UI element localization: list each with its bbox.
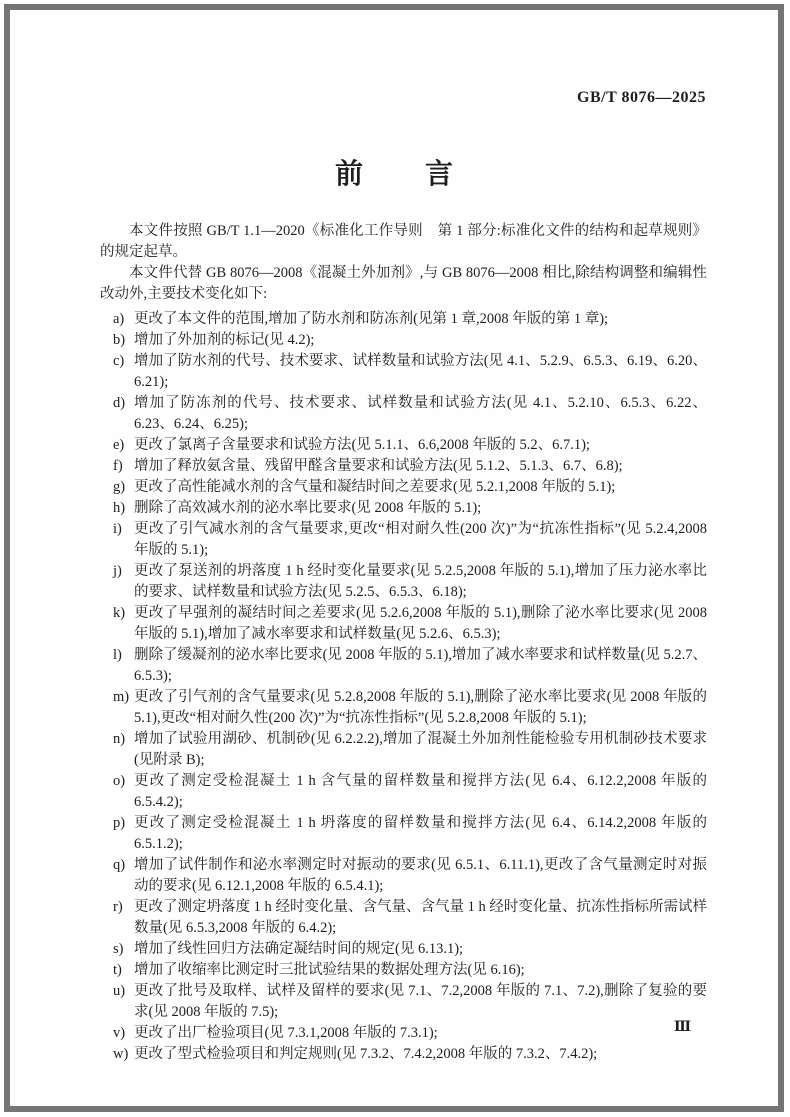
change-item-i: i)更改了引气减水剂的含气量要求,更改“相对耐久性(200 次)”为“抗冻性指标… (100, 519, 707, 561)
change-item-text: 增加了线性回归方法确定凝结时间的规定(见 6.13.1); (134, 939, 707, 960)
change-item-text: 更改了测定受检混凝土 1 h 含气量的留样数量和搅拌方法(见 6.4、6.12.… (134, 771, 707, 813)
change-item-label: v) (113, 1023, 134, 1044)
change-item-text: 更改了测定坍落度 1 h 经时变化量、含气量、含气量 1 h 经时变化量、抗冻性… (134, 897, 707, 939)
standard-document-page: GB/T 8076—2025 前 言 本文件按照 GB/T 1.1—2020《标… (0, 0, 790, 1117)
change-item-label: u) (113, 981, 134, 1023)
change-item-label: p) (113, 813, 134, 855)
page-number: Ⅲ (674, 1019, 691, 1036)
change-item-d: d)增加了防冻剂的代号、技术要求、试样数量和试验方法(见 4.1、5.2.10、… (100, 393, 707, 435)
change-item-k: k)更改了早强剂的凝结时间之差要求(见 5.2.6,2008 年版的 5.1),… (100, 603, 707, 645)
change-item-n: n)增加了试验用湖砂、机制砂(见 6.2.2.2),增加了混凝土外加剂性能检验专… (100, 729, 707, 771)
foreword-content: 本文件按照 GB/T 1.1—2020《标准化工作导则 第 1 部分:标准化文件… (100, 221, 707, 1065)
change-item-label: h) (113, 498, 134, 519)
change-item-label: n) (113, 729, 134, 771)
change-item-r: r)更改了测定坍落度 1 h 经时变化量、含气量、含气量 1 h 经时变化量、抗… (100, 897, 707, 939)
change-item-e: e)更改了氯离子含量要求和试验方法(见 5.1.1、6.6,2008 年版的 5… (100, 435, 707, 456)
change-item-f: f)增加了释放氨含量、残留甲醛含量要求和试验方法(见 5.1.2、5.1.3、6… (100, 456, 707, 477)
change-item-text: 更改了泵送剂的坍落度 1 h 经时变化量要求(见 5.2.5,2008 年版的 … (134, 561, 707, 603)
change-item-label: t) (113, 960, 134, 981)
change-item-text: 更改了测定受检混凝土 1 h 坍落度的留样数量和搅拌方法(见 6.4、6.14.… (134, 813, 707, 855)
change-item-text: 删除了缓凝剂的泌水率比要求(见 2008 年版的 5.1),增加了减水率要求和试… (134, 645, 707, 687)
change-item-text: 增加了试件制作和泌水率测定时对振动的要求(见 6.5.1、6.11.1),更改了… (134, 855, 707, 897)
intro-paragraph: 本文件代替 GB 8076—2008《混凝土外加剂》,与 GB 8076—200… (100, 263, 707, 305)
change-item-label: k) (113, 603, 134, 645)
change-item-label: f) (113, 456, 134, 477)
change-item-text: 更改了出厂检验项目(见 7.3.1,2008 年版的 7.3.1); (134, 1023, 707, 1044)
change-item-o: o)更改了测定受检混凝土 1 h 含气量的留样数量和搅拌方法(见 6.4、6.1… (100, 771, 707, 813)
change-item-label: r) (113, 897, 134, 939)
change-item-t: t)增加了收缩率比测定时三批试验结果的数据处理方法(见 6.16); (100, 960, 707, 981)
standard-code: GB/T 8076—2025 (577, 89, 706, 107)
change-item-w: w)更改了型式检验项目和判定规则(见 7.3.2、7.4.2,2008 年版的 … (100, 1044, 707, 1065)
change-item-text: 更改了型式检验项目和判定规则(见 7.3.2、7.4.2,2008 年版的 7.… (134, 1044, 707, 1065)
change-item-label: g) (113, 477, 134, 498)
change-item-label: w) (113, 1044, 134, 1065)
change-item-u: u)更改了批号及取样、试样及留样的要求(见 7.1、7.2,2008 年版的 7… (100, 981, 707, 1023)
change-item-label: l) (113, 645, 134, 687)
changes-list: a)更改了本文件的范围,增加了防水剂和防冻剂(见第 1 章,2008 年版的第 … (100, 309, 707, 1065)
change-item-text: 增加了防水剂的代号、技术要求、试样数量和试验方法(见 4.1、5.2.9、6.5… (134, 351, 707, 393)
change-item-label: s) (113, 939, 134, 960)
change-item-m: m)更改了引气剂的含气量要求(见 5.2.8,2008 年版的 5.1),删除了… (100, 687, 707, 729)
change-item-label: q) (113, 855, 134, 897)
change-item-c: c)增加了防水剂的代号、技术要求、试样数量和试验方法(见 4.1、5.2.9、6… (100, 351, 707, 393)
change-item-text: 增加了释放氨含量、残留甲醛含量要求和试验方法(见 5.1.2、5.1.3、6.7… (134, 456, 707, 477)
change-item-text: 增加了试验用湖砂、机制砂(见 6.2.2.2),增加了混凝土外加剂性能检验专用机… (134, 729, 707, 771)
change-item-label: o) (113, 771, 134, 813)
change-item-label: j) (113, 561, 134, 603)
change-item-label: i) (113, 519, 134, 561)
change-item-b: b)增加了外加剂的标记(见 4.2); (100, 330, 707, 351)
page-title-foreword: 前 言 (0, 152, 790, 192)
change-item-text: 更改了引气减水剂的含气量要求,更改“相对耐久性(200 次)”为“抗冻性指标”(… (134, 519, 707, 561)
change-item-p: p)更改了测定受检混凝土 1 h 坍落度的留样数量和搅拌方法(见 6.4、6.1… (100, 813, 707, 855)
change-item-q: q)增加了试件制作和泌水率测定时对振动的要求(见 6.5.1、6.11.1),更… (100, 855, 707, 897)
change-item-a: a)更改了本文件的范围,增加了防水剂和防冻剂(见第 1 章,2008 年版的第 … (100, 309, 707, 330)
change-item-text: 更改了本文件的范围,增加了防水剂和防冻剂(见第 1 章,2008 年版的第 1 … (134, 309, 707, 330)
change-item-text: 更改了氯离子含量要求和试验方法(见 5.1.1、6.6,2008 年版的 5.2… (134, 435, 707, 456)
change-item-text: 更改了高性能减水剂的含气量和凝结时间之差要求(见 5.2.1,2008 年版的 … (134, 477, 707, 498)
change-item-label: a) (113, 309, 134, 330)
change-item-h: h)删除了高效减水剂的泌水率比要求(见 2008 年版的 5.1); (100, 498, 707, 519)
change-item-s: s)增加了线性回归方法确定凝结时间的规定(见 6.13.1); (100, 939, 707, 960)
change-item-label: e) (113, 435, 134, 456)
change-item-label: m) (113, 687, 134, 729)
change-item-label: d) (113, 393, 134, 435)
change-item-label: b) (113, 330, 134, 351)
change-item-text: 删除了高效减水剂的泌水率比要求(见 2008 年版的 5.1); (134, 498, 707, 519)
change-item-v: v)更改了出厂检验项目(见 7.3.1,2008 年版的 7.3.1); (100, 1023, 707, 1044)
change-item-text: 增加了外加剂的标记(见 4.2); (134, 330, 707, 351)
change-item-text: 增加了收缩率比测定时三批试验结果的数据处理方法(见 6.16); (134, 960, 707, 981)
change-item-text: 更改了引气剂的含气量要求(见 5.2.8,2008 年版的 5.1),删除了泌水… (134, 687, 707, 729)
change-item-label: c) (113, 351, 134, 393)
change-item-j: j)更改了泵送剂的坍落度 1 h 经时变化量要求(见 5.2.5,2008 年版… (100, 561, 707, 603)
change-item-text: 更改了批号及取样、试样及留样的要求(见 7.1、7.2,2008 年版的 7.1… (134, 981, 707, 1023)
change-item-text: 增加了防冻剂的代号、技术要求、试样数量和试验方法(见 4.1、5.2.10、6.… (134, 393, 707, 435)
change-item-g: g)更改了高性能减水剂的含气量和凝结时间之差要求(见 5.2.1,2008 年版… (100, 477, 707, 498)
change-item-text: 更改了早强剂的凝结时间之差要求(见 5.2.6,2008 年版的 5.1),删除… (134, 603, 707, 645)
change-item-l: l)删除了缓凝剂的泌水率比要求(见 2008 年版的 5.1),增加了减水率要求… (100, 645, 707, 687)
intro-paragraph: 本文件按照 GB/T 1.1—2020《标准化工作导则 第 1 部分:标准化文件… (100, 221, 707, 263)
